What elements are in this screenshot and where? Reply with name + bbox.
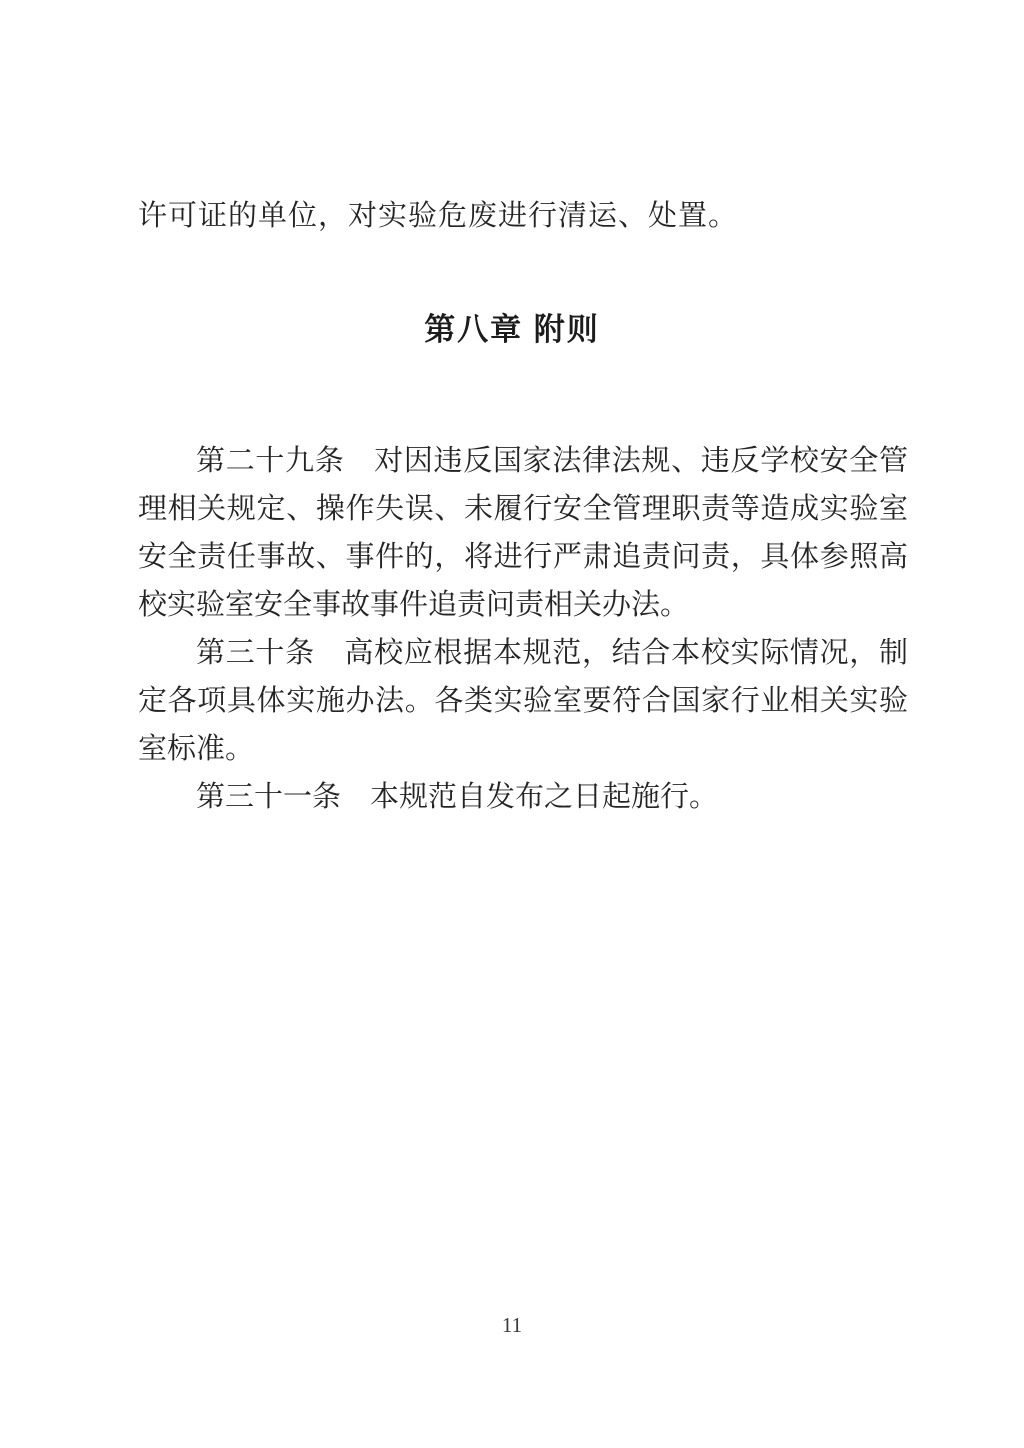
chapter-heading: 第八章 附则 <box>0 308 1024 352</box>
page-footer: 11 <box>0 1310 1024 1340</box>
page-number: 11 <box>502 1313 522 1337</box>
document-page: 许可证的单位，对实验危废进行清运、处置。 第八章 附则 第二十九条 对因违反国家… <box>0 0 1024 1448</box>
paragraph-continuation-text: 许可证的单位，对实验危废进行清运、处置。 <box>138 192 908 240</box>
article-30-paragraph: 第三十条 高校应根据本规范，结合本校实际情况，制定各项具体实施办法。各类实验室要… <box>138 629 908 773</box>
body-text: 第二十九条 对因违反国家法律法规、违反学校安全管理相关规定、操作失误、未履行安全… <box>138 437 908 821</box>
article-31-paragraph: 第三十一条 本规范自发布之日起施行。 <box>138 773 908 821</box>
article-29-paragraph: 第二十九条 对因违反国家法律法规、违反学校安全管理相关规定、操作失误、未履行安全… <box>138 437 908 629</box>
